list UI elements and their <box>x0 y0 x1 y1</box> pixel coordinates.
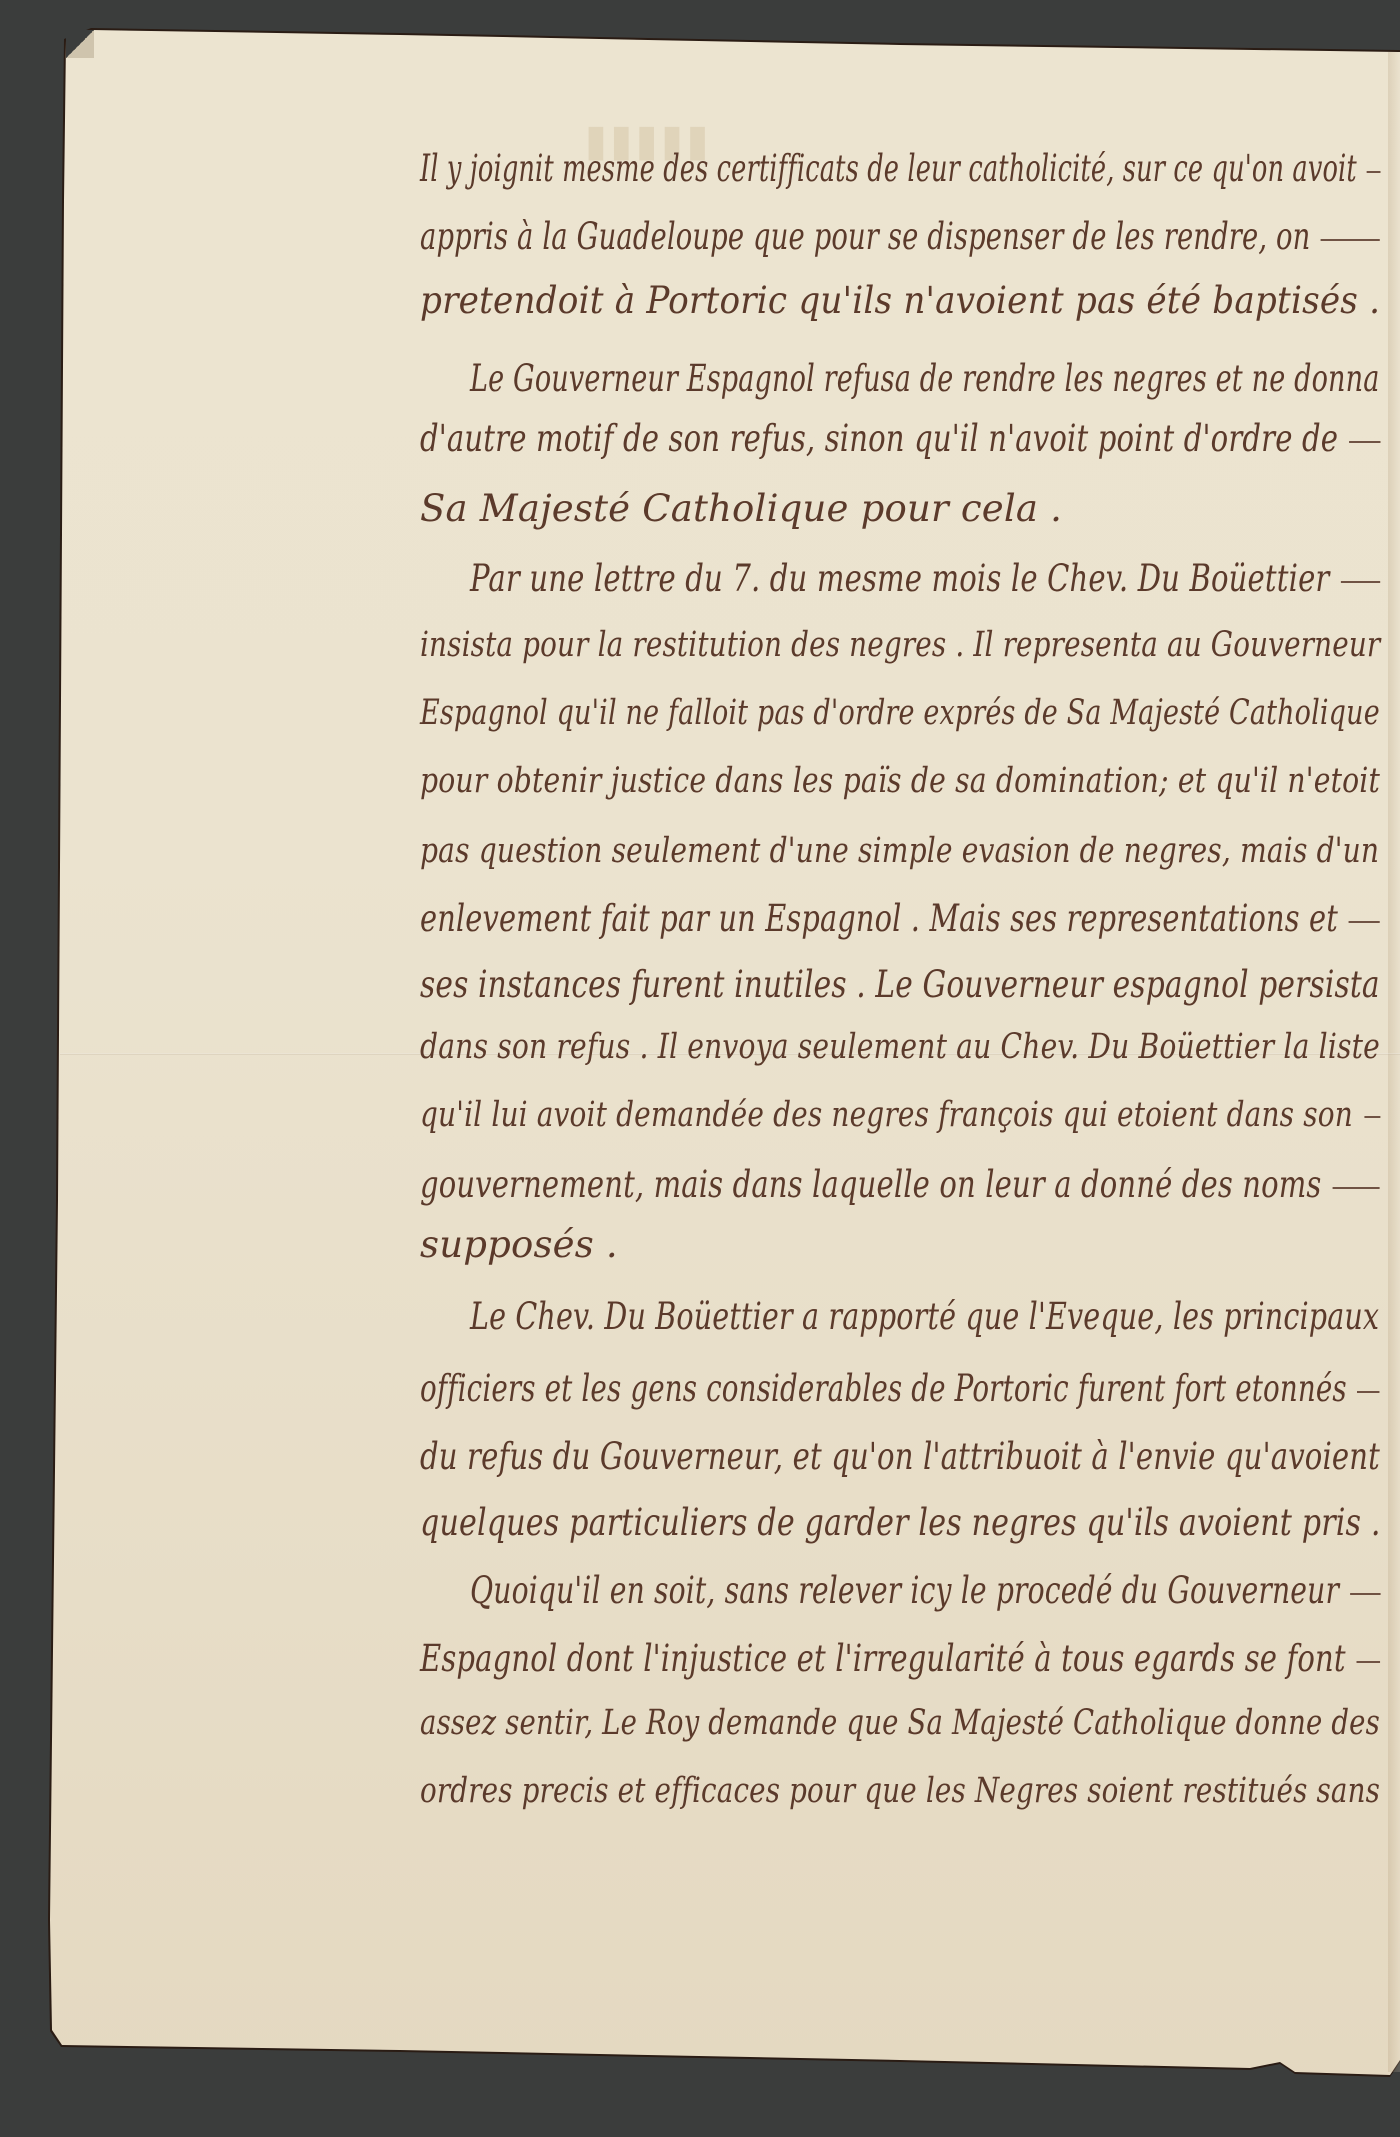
text-line: du refus du Gouverneur, et qu'on l'attri… <box>420 1438 1380 1475</box>
text-line: supposés . <box>420 1226 618 1263</box>
text-line: qu'il lui avoit demandée des negres fran… <box>420 1098 1380 1133</box>
text-line: officiers et les gens considerables de P… <box>420 1370 1380 1407</box>
text-line: gouvernement, mais dans laquelle on leur… <box>420 1166 1379 1203</box>
text-line: ordres precis et efficaces pour que les … <box>420 1774 1380 1809</box>
text-line: insista pour la restitution des negres .… <box>420 628 1380 663</box>
text-line: Le Chev. Du Boüettier a rapporté que l'E… <box>470 1298 1379 1335</box>
text-line: pas question seulement d'une simple evas… <box>420 834 1379 869</box>
text-line: Il y joignit mesme des certifficats de l… <box>420 150 1380 187</box>
text-line: appris à la Guadeloupe que pour se dispe… <box>420 218 1380 255</box>
text-line: Espagnol qu'il ne falloit pas d'ordre ex… <box>420 696 1380 731</box>
text-line: quelques particuliers de garder les negr… <box>420 1504 1381 1541</box>
manuscript-text: Il y joignit mesme des certifficats de l… <box>0 0 1400 2137</box>
text-line: enlevement fait par un Espagnol . Mais s… <box>420 900 1380 937</box>
text-line: Par une lettre du 7. du mesme mois le Ch… <box>470 560 1380 597</box>
text-line: Sa Majesté Catholique pour cela . <box>420 490 1062 527</box>
text-line: Quoiqu'il en soit, sans relever icy le p… <box>470 1572 1380 1609</box>
text-line: ses instances furent inutiles . Le Gouve… <box>420 966 1380 1003</box>
text-line: Espagnol dont l'injustice et l'irregular… <box>420 1640 1380 1677</box>
text-line: pour obtenir justice dans les païs de sa… <box>420 764 1380 799</box>
text-line: Le Gouverneur Espagnol refusa de rendre … <box>470 360 1380 397</box>
text-line: pretendoit à Portoric qu'ils n'avoient p… <box>420 282 1380 319</box>
text-line: dans son refus . Il envoya seulement au … <box>420 1030 1380 1065</box>
text-line: d'autre motif de son refus, sinon qu'il … <box>420 420 1381 457</box>
text-line: assez sentir, Le Roy demande que Sa Maje… <box>420 1706 1380 1741</box>
